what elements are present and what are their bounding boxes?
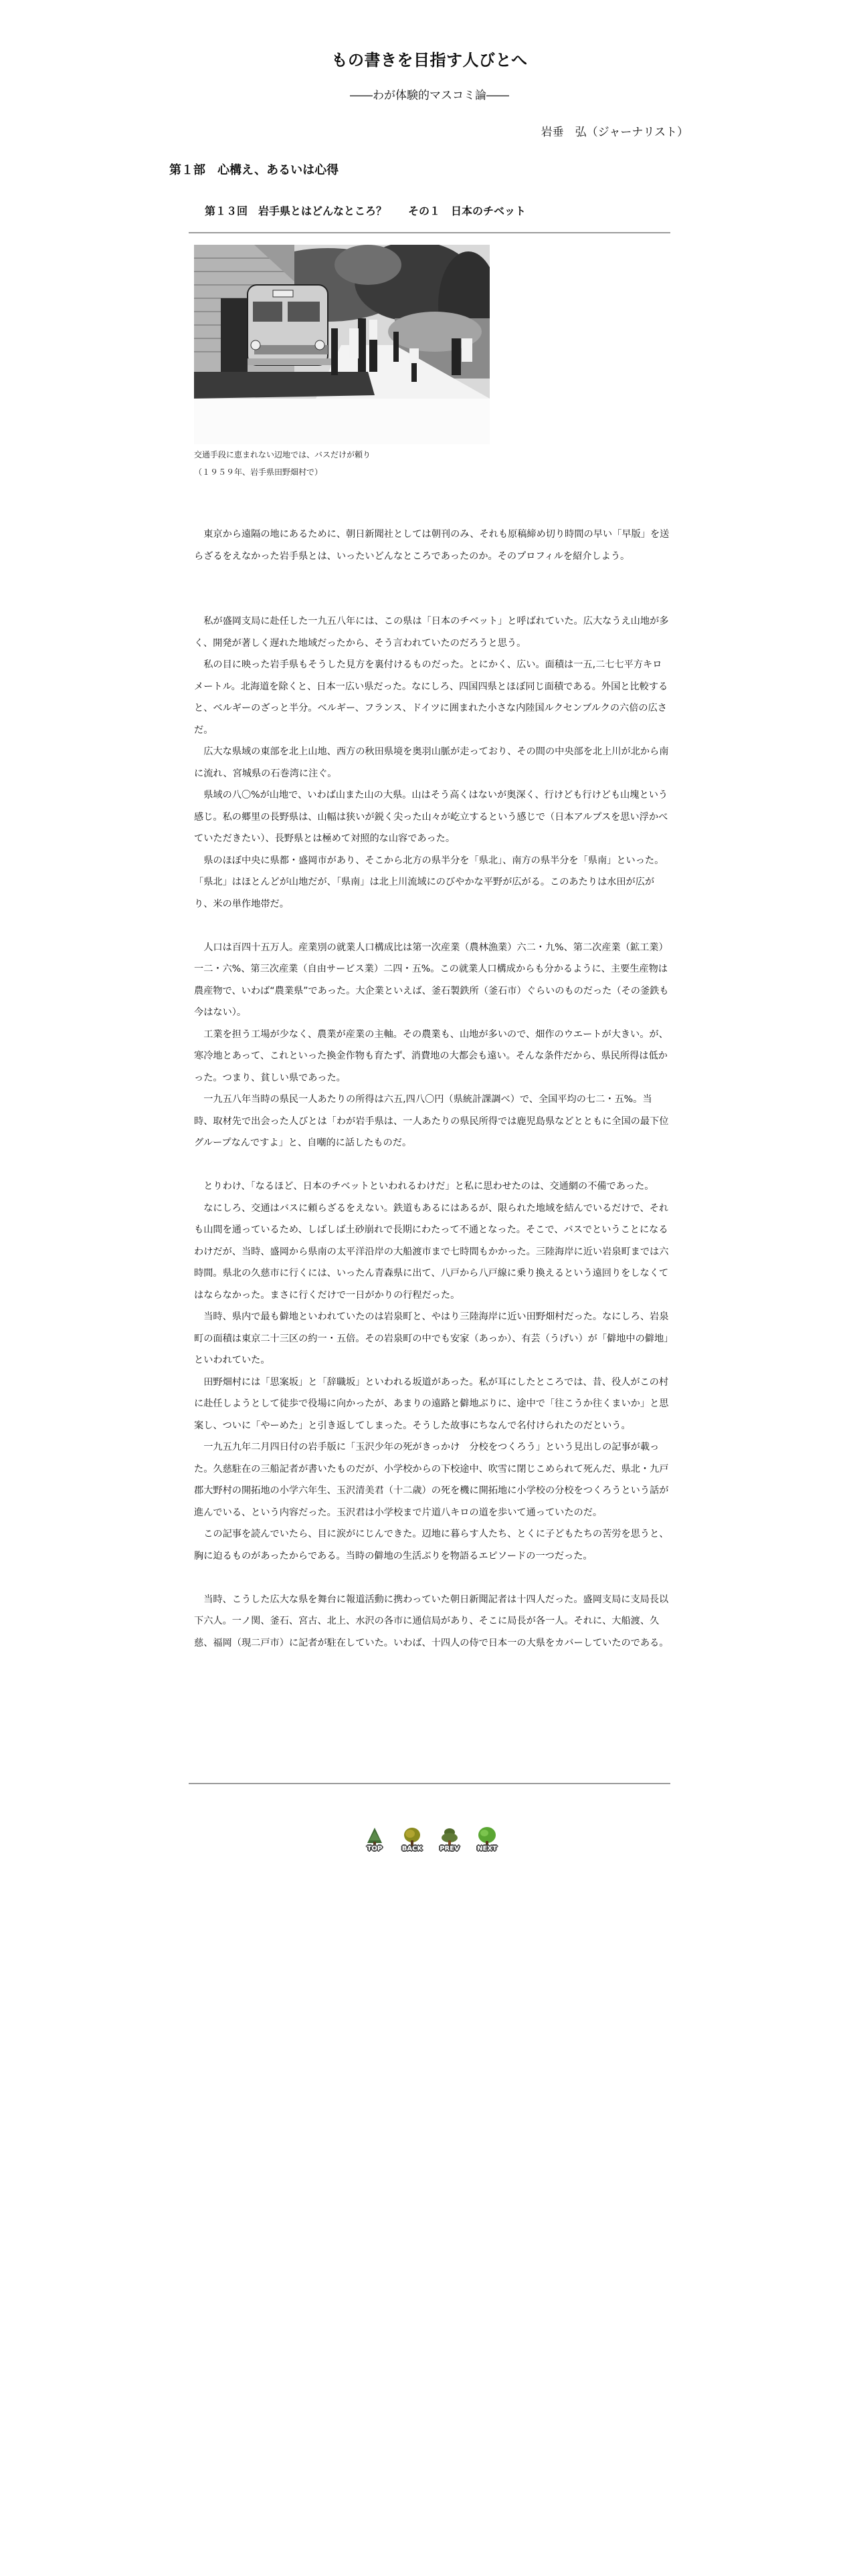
nav-back-label: BACK [396,1845,428,1852]
nav-top-label: TOP [359,1845,391,1852]
photo-caption-line2: （１９５９年、岩手県田野畑村で） [194,466,322,477]
nav-prev-button[interactable]: PREV [434,1827,466,1856]
article-section-transport: とりわけ、「なるほど、日本のチベットといわれるわけだ」と私に思わせたのは、交通網… [194,1176,670,1567]
paragraph: とりわけ、「なるほど、日本のチベットといわれるわけだ」と私に思わせたのは、交通網… [194,1176,670,1198]
top-divider [189,232,670,233]
article-body: 東京から遠隔の地にあるために、朝日新聞社としては朝刊のみ、それも原稿締め切り時間… [194,524,670,1654]
article-section-economy: 人口は百四十五万人。産業別の就業人口構成比は第一次産業（農林漁業）六二・九%、第… [194,937,670,1154]
paragraph: 当時、こうした広大な県を舞台に報道活動に携わっていた朝日新聞記者は十四人だった。… [194,1589,670,1654]
page-title: もの書きを目指す人びとへ [0,47,859,70]
part-heading: 第１部 心構え、あるいは心得 [169,160,339,178]
tree-icon [401,1827,423,1847]
bottom-divider [189,1783,670,1784]
nav-prev-label: PREV [434,1845,466,1852]
paragraph: 一九五九年二月四日付の岩手版に「玉沢少年の死がきっかけ 分校をつくろう」という見… [194,1436,670,1523]
paragraph: 工業を担う工場が少なく、農業が産業の主軸。その農業も、山地が多いので、畑作のウエ… [194,1024,670,1089]
nav-next-button[interactable]: NEXT [471,1827,503,1856]
author-byline: 岩垂 弘（ジャーナリスト） [541,122,688,139]
tree-icon [364,1827,385,1847]
bus-in-rural-village-photo [194,245,490,444]
nav-back-button[interactable]: BACK [396,1827,428,1856]
photo-caption-line1: 交通手段に恵まれない辺地では、バスだけが頼り [194,449,371,460]
page-subtitle: ――わが体験的マスコミ論―― [0,86,859,102]
paragraph: 人口は百四十五万人。産業別の就業人口構成比は第一次産業（農林漁業）六二・九%、第… [194,937,670,1024]
paragraph: 私の目に映った岩手県もそうした見方を裏付けるものだった。とにかく、広い。面積は一… [194,654,670,741]
paragraph: なにしろ、交通はバスに頼らざるをえない。鉄道もあるにはあるが、限られた地域を結ん… [194,1198,670,1307]
paragraph: 当時、県内で最も僻地といわれていたのは岩泉町と、やはり三陸海岸に近い田野畑村だっ… [194,1306,670,1372]
article-section-intro: 東京から遠隔の地にあるために、朝日新聞社としては朝刊のみ、それも原稿締め切り時間… [194,524,670,567]
page-navigation: TOP BACK PREV NEXT [359,1827,503,1856]
tree-icon [476,1827,498,1847]
paragraph: 県のほぼ中央に県都・盛岡市があり、そこから北方の県半分を「県北」、南方の県半分を… [194,850,670,916]
paragraph: 一九五八年当時の県民一人あたりの所得は六五,四八〇円（県統計課調べ）で、全国平均… [194,1089,670,1154]
tree-icon [439,1827,460,1847]
article-section-reporters: 当時、こうした広大な県を舞台に報道活動に携わっていた朝日新聞記者は十四人だった。… [194,1589,670,1654]
paragraph: この記事を読んでいたら、目に涙がにじんできた。辺地に暮らす人たち、とくに子どもた… [194,1523,670,1567]
article-section-geography: 私が盛岡支局に赴任した一九五八年には、この県は「日本のチベット」と呼ばれていた。… [194,611,670,915]
paragraph: 県域の八〇%が山地で、いわば山また山の大県。山はそう高くはないが奥深く、行けども… [194,784,670,850]
paragraph: 東京から遠隔の地にあるために、朝日新聞社としては朝刊のみ、それも原稿締め切り時間… [194,524,670,567]
nav-top-button[interactable]: TOP [359,1827,391,1856]
photo-illustration [194,245,490,444]
chapter-heading: 第１３回 岩手県とはどんなところ？ その１ 日本のチベット [205,203,526,218]
paragraph: 私が盛岡支局に赴任した一九五八年には、この県は「日本のチベット」と呼ばれていた。… [194,611,670,654]
nav-next-label: NEXT [471,1845,503,1852]
paragraph: 田野畑村には「思案坂」と「辞職坂」といわれる坂道があった。私が耳にしたところでは… [194,1372,670,1437]
paragraph: 広大な県域の東部を北上山地、西方の秋田県境を奥羽山脈が走っており、その間の中央部… [194,741,670,784]
